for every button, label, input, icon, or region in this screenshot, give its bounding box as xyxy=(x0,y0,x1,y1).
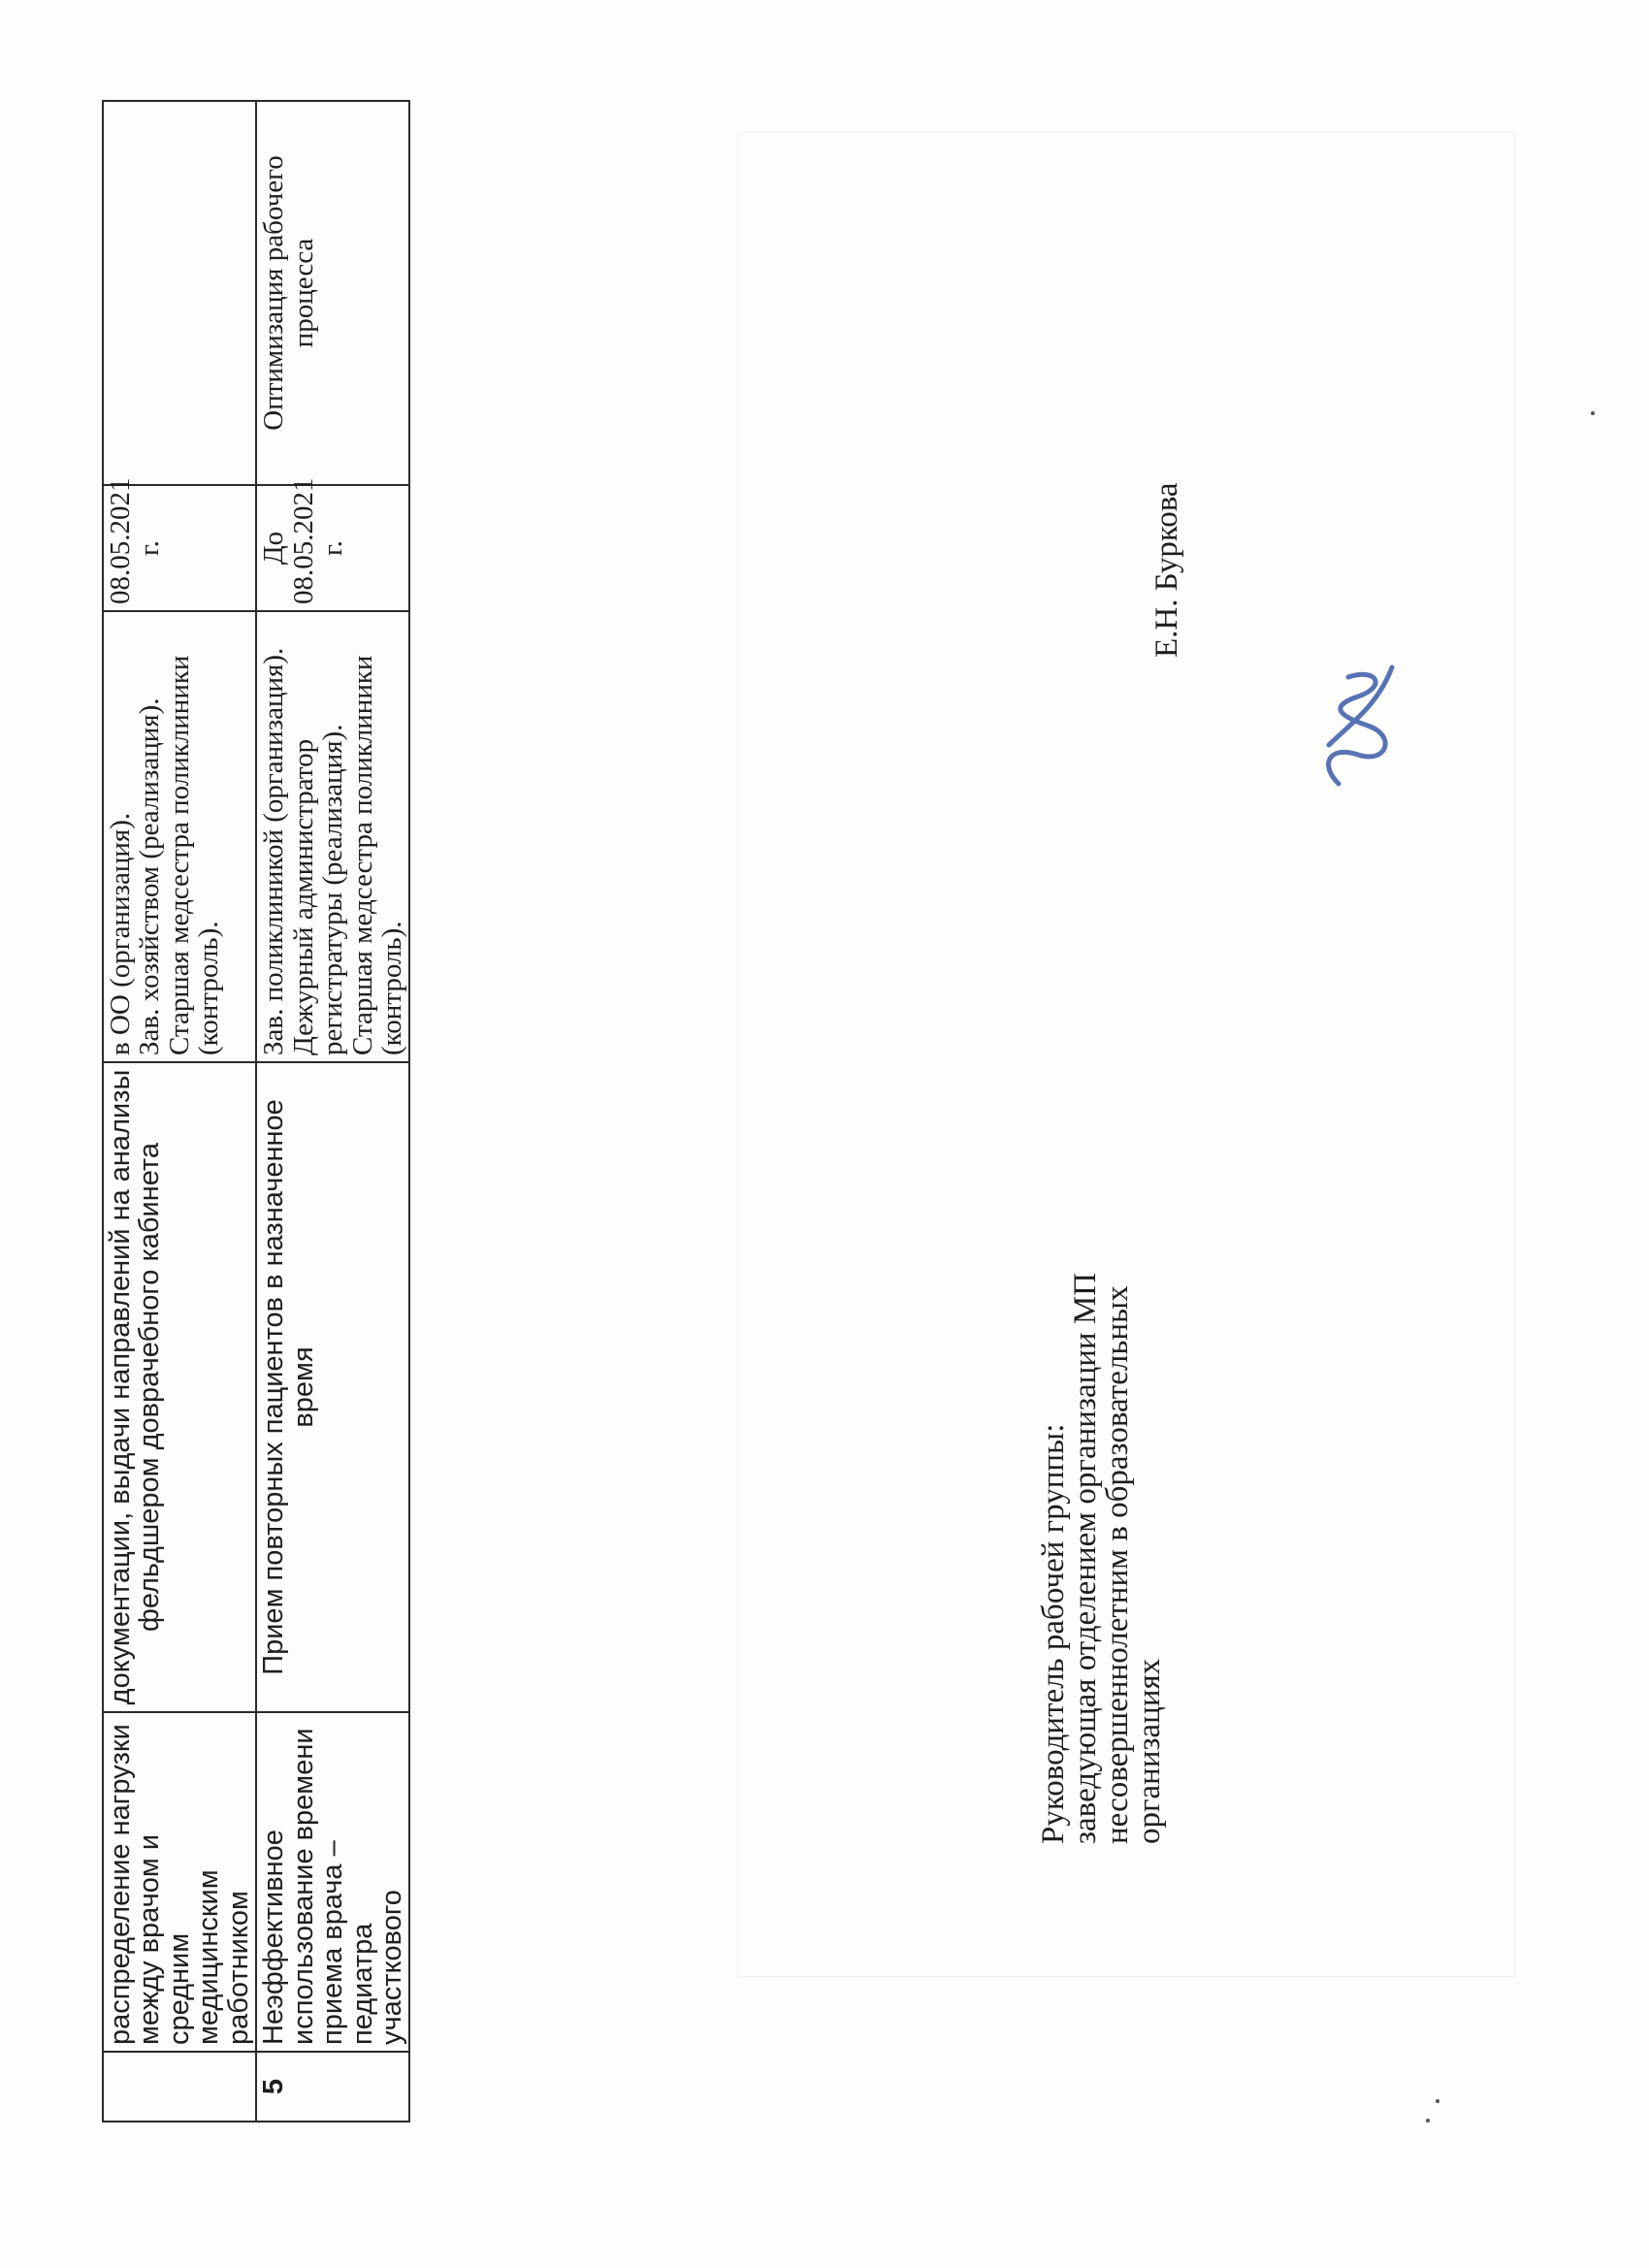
measure-cell: Прием повторных пациентов в назначенное … xyxy=(256,1062,409,1712)
handwritten-signature-icon xyxy=(1300,648,1426,803)
result-cell xyxy=(103,101,256,485)
document-page: распределение нагрузки между врачом и ср… xyxy=(0,0,1649,2268)
position-line: организациях xyxy=(1134,583,1166,1844)
deadline-cell: 08.05.2021 г. xyxy=(103,485,256,611)
deadline-cell: До 08.05.2021 г. xyxy=(256,485,409,611)
scan-speck xyxy=(1591,411,1595,415)
signatory-name: Е.Н. Буркова xyxy=(1149,482,1185,658)
footer-title: Руководитель рабочей группы: xyxy=(1038,583,1070,1844)
position-line: заведующая отделением организации МП xyxy=(1070,583,1102,1844)
table-row: распределение нагрузки между врачом и ср… xyxy=(103,101,256,2122)
signature-block: Руководитель рабочей группы: заведующая … xyxy=(1038,583,1166,1844)
table-row: 5 Неэффективное использование времени пр… xyxy=(256,101,409,2122)
row-number xyxy=(103,2052,256,2122)
responsible-cell: в ОО (организация). Зав. хозяйством (реа… xyxy=(103,611,256,1062)
scan-speck xyxy=(1426,2119,1430,2122)
row-number: 5 xyxy=(256,2052,409,2122)
scan-speck xyxy=(1436,2099,1439,2103)
problem-cell: Неэффективное использование времени прие… xyxy=(256,1712,409,2052)
problem-cell: распределение нагрузки между врачом и ср… xyxy=(103,1712,256,2052)
position-line: несовершеннолетним в образовательных xyxy=(1102,583,1134,1844)
measure-cell: документации, выдачи направлений на анал… xyxy=(103,1062,256,1712)
action-plan-table: распределение нагрузки между врачом и ср… xyxy=(102,100,410,2122)
responsible-cell: Зав. поликлиникой (организация). Дежурны… xyxy=(256,611,409,1062)
result-cell: Оптимизация рабочего процесса xyxy=(256,101,409,485)
